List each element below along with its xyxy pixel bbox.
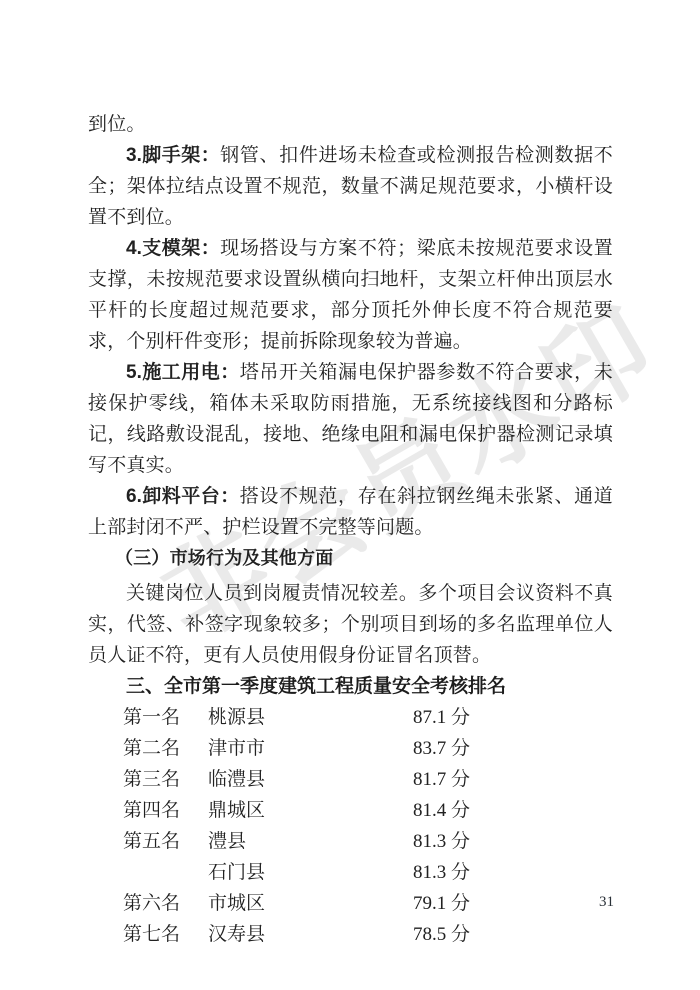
ranking-row: 第六名 市城区 79.1 分: [88, 888, 613, 919]
county-cell: 澧县: [208, 826, 413, 857]
score-cell: 83.7 分: [413, 733, 613, 764]
county-cell: 石门县: [208, 857, 413, 888]
score-cell: 87.1 分: [413, 702, 613, 733]
score-cell: 81.4 分: [413, 795, 613, 826]
ranking-row: 第三名 临澧县 81.7 分: [88, 764, 613, 795]
ranking-row: 第二名 津市市 83.7 分: [88, 733, 613, 764]
ranking-table: 第一名 桃源县 87.1 分 第二名 津市市 83.7 分 第三名 临澧县 81…: [88, 702, 613, 950]
rank-cell: 第三名: [123, 764, 208, 795]
page-number: 31: [599, 894, 614, 911]
county-cell: 鼎城区: [208, 795, 413, 826]
paragraph-unloading-platform: 6.卸料平台：搭设不规范，存在斜拉钢丝绳未张紧、通道上部封闭不严、护栏设置不完整…: [88, 481, 613, 543]
rank-cell: 第五名: [123, 826, 208, 857]
county-cell: 桃源县: [208, 702, 413, 733]
score-cell: 81.3 分: [413, 826, 613, 857]
document-body: 到位。 3.脚手架：钢管、扣件进场未检查或检测报告检测数据不全；架体拉结点设置不…: [88, 109, 613, 950]
paragraph-formwork: 4.支模架：现场搭设与方案不符；梁底未按规范要求设置支撑，未按规范要求设置纵横向…: [88, 233, 613, 357]
rank-cell: 第七名: [123, 919, 208, 950]
score-cell: 78.5 分: [413, 919, 613, 950]
county-cell: 市城区: [208, 888, 413, 919]
section-heading-ranking: 三、全市第一季度建筑工程质量安全考核排名: [88, 671, 613, 702]
document-page: 非会员水印 到位。 3.脚手架：钢管、扣件进场未检查或检测报告检测数据不全；架体…: [0, 0, 700, 990]
ranking-row: 第七名 汉寿县 78.5 分: [88, 919, 613, 950]
item-label-site-electricity: 5.施工用电：: [126, 362, 240, 383]
subsection-heading-market-behavior: （三）市场行为及其他方面: [88, 543, 613, 574]
paragraph-site-electricity: 5.施工用电：塔吊开关箱漏电保护器参数不符合要求，未接保护零线，箱体未采取防雨措…: [88, 357, 613, 481]
paragraph-scaffold: 3.脚手架：钢管、扣件进场未检查或检测报告检测数据不全；架体拉结点设置不规范，数…: [88, 140, 613, 233]
rank-cell: 第四名: [123, 795, 208, 826]
county-cell: 临澧县: [208, 764, 413, 795]
item-label-formwork: 4.支模架：: [126, 238, 220, 259]
rank-cell: [123, 857, 208, 888]
ranking-row: 第四名 鼎城区 81.4 分: [88, 795, 613, 826]
ranking-row: 第一名 桃源县 87.1 分: [88, 702, 613, 733]
rank-cell: 第六名: [123, 888, 208, 919]
score-cell: 79.1 分: [413, 888, 613, 919]
score-cell: 81.7 分: [413, 764, 613, 795]
paragraph-market-behavior: 关键岗位人员到岗履责情况较差。多个项目会议资料不真实，代签、补签字现象较多；个别…: [88, 578, 613, 671]
county-cell: 津市市: [208, 733, 413, 764]
county-cell: 汉寿县: [208, 919, 413, 950]
item-label-scaffold: 3.脚手架：: [126, 145, 220, 166]
rank-cell: 第二名: [123, 733, 208, 764]
ranking-row: 第五名 澧县 81.3 分: [88, 826, 613, 857]
score-cell: 81.3 分: [413, 857, 613, 888]
ranking-row: 石门县 81.3 分: [88, 857, 613, 888]
item-label-unloading-platform: 6.卸料平台：: [126, 486, 240, 507]
paragraph-continuation: 到位。: [88, 109, 613, 140]
rank-cell: 第一名: [123, 702, 208, 733]
